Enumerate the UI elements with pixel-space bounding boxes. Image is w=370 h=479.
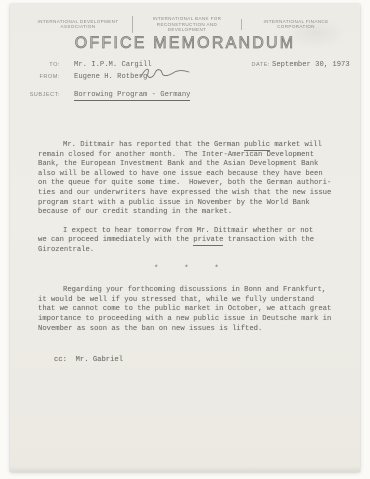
memo-body: Mr. Dittmair has reported that the Germa…: [38, 141, 338, 343]
page-bottom-shadow: [10, 466, 360, 472]
memo-page: International Development Association In…: [10, 4, 360, 472]
text-segment: Bank, the European Investment Bank and t…: [38, 160, 318, 168]
text-segment: November as soon as the ban on new issue…: [38, 325, 262, 333]
signature: [138, 64, 192, 89]
subject-label: SUBJECT:: [12, 92, 60, 98]
text-segment: it would be well if you stressed that, w…: [38, 296, 314, 304]
to-label: TO:: [12, 62, 60, 68]
memo-line: Mr. Dittmair has reported that the Germa…: [38, 141, 338, 151]
date-label: DATE:: [222, 62, 270, 68]
letterhead-ibrd: International Bank for Reconstruction an…: [132, 16, 241, 33]
memo-line: we can proceed immediately with the priv…: [38, 236, 338, 246]
memo-paragraph: Mr. Dittmair has reported that the Germa…: [38, 141, 338, 218]
memo-line: that we cannot come to the public market…: [38, 305, 338, 315]
memo-line: importance to proceeding with a new publ…: [38, 315, 338, 325]
text-segment: remain closed for another month. The Int…: [38, 151, 314, 159]
memo-line: remain closed for another month. The Int…: [38, 151, 338, 161]
memo-line: program start with a public issue in Nov…: [38, 199, 338, 209]
cc-line: cc: Mr. Gabriel: [54, 356, 123, 364]
memo-line: on the queue for quite some time. Howeve…: [38, 179, 338, 189]
text-segment: on the queue for quite some time. Howeve…: [38, 179, 331, 187]
memo-paragraph: Regarding your forthcoming discussions i…: [38, 286, 338, 334]
from-label: FROM:: [12, 74, 60, 80]
memo-line: I expect to hear tomorrow from Mr. Dittm…: [38, 227, 338, 237]
memo-line: Girozentrale.: [38, 246, 338, 256]
scanned-memo: International Development Association In…: [0, 0, 370, 479]
letterhead-ida: International Development Association: [24, 19, 132, 30]
underlined-word: private: [193, 236, 223, 246]
memo-line: also will be allowed to have one issue e…: [38, 170, 338, 180]
memo-line: November as soon as the ban on new issue…: [38, 325, 338, 335]
asterisk-separator: * * *: [38, 265, 338, 275]
subject-value: Borrowing Program - Germany: [74, 91, 190, 101]
text-segment: I expect to hear tomorrow from Mr. Dittm…: [63, 227, 313, 235]
memo-line: ties and our underwriters have expressed…: [38, 189, 338, 199]
letterhead: International Development Association In…: [24, 16, 350, 33]
text-segment: ties and our underwriters have expressed…: [38, 189, 331, 197]
memo-line: Bank, the European Investment Bank and t…: [38, 160, 338, 170]
memo-paragraph: I expect to hear tomorrow from Mr. Dittm…: [38, 227, 338, 256]
text-segment: because of our credit standing in the ma…: [38, 208, 232, 216]
memo-title: OFFICE MEMORANDUM: [10, 35, 360, 54]
text-segment: market will: [270, 141, 322, 149]
text-segment: program start with a public issue in Nov…: [38, 199, 310, 207]
text-segment: importance to proceeding with a new publ…: [38, 315, 331, 323]
from-value: Eugene H. Rotberg: [74, 73, 147, 81]
text-segment: transaction with the: [223, 236, 314, 244]
text-segment: Mr. Dittmair has reported that the Germa…: [63, 141, 244, 149]
text-segment: Girozentrale.: [38, 246, 94, 254]
memo-line: it would be well if you stressed that, w…: [38, 296, 338, 306]
memo-line: because of our credit standing in the ma…: [38, 208, 338, 218]
text-segment: we can proceed immediately with the: [38, 236, 193, 244]
memo-line: Regarding your forthcoming discussions i…: [38, 286, 338, 296]
text-segment: also will be allowed to have one issue e…: [38, 170, 323, 178]
date-value: September 30, 1973: [272, 61, 350, 69]
letterhead-ifc: International Finance Corporation: [241, 19, 350, 30]
text-segment: Regarding your forthcoming discussions i…: [63, 286, 326, 294]
text-segment: that we cannot come to the public market…: [38, 305, 331, 313]
underlined-word: public: [244, 141, 270, 151]
